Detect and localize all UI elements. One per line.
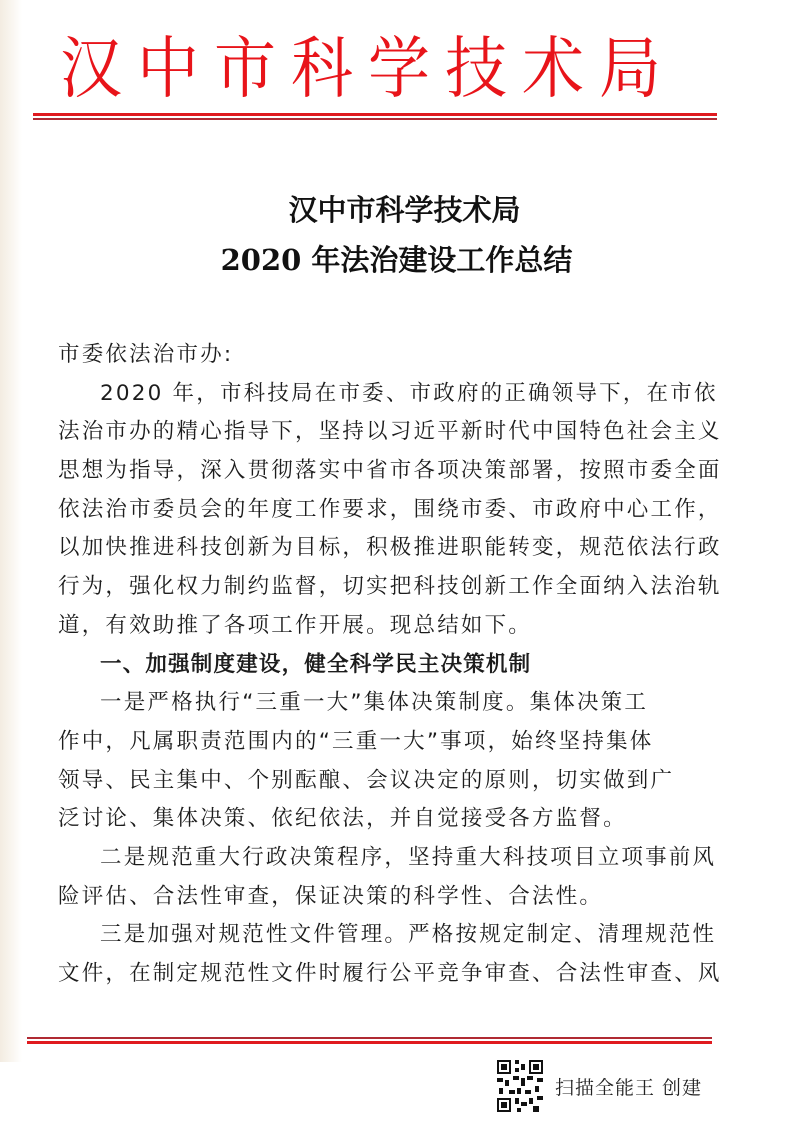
paragraph-line: 依法治市委员会的年度工作要求，围绕市委、市政府中心工作， [58,491,718,530]
paragraph-line: 泛讨论、集体决策、依纪依法，并自觉接受各方监督。 [58,800,718,839]
paragraph-line: 二是规范重大行政决策程序，坚持重大科技项目立项事前风 [58,839,718,878]
letterhead-rule-thin [33,118,717,120]
letterhead-rule-thick [33,113,717,116]
document-body: 市委依法治市办: 2020 年，市科技局在市委、市政府的正确领导下，在市依 法治… [58,336,718,994]
watermark-text: 扫描全能王 创建 [555,1073,702,1100]
document-title-line2: 2020 年法治建设工作总结 [0,240,793,280]
paragraph-line: 行为，强化权力制约监督，切实把科技创新工作全面纳入法治轨 [58,568,718,607]
paragraph-line: 领导、民主集中、个别酝酿、会议决定的原则，切实做到广 [58,762,718,801]
scan-page-edge [0,0,22,1062]
salutation: 市委依法治市办: [58,336,718,375]
paragraph-line: 一是严格执行“三重一大”集体决策制度。集体决策工 [58,684,718,723]
document-title-line1: 汉中市科学技术局 [8,190,793,230]
section-item-2: 二是规范重大行政决策程序，坚持重大科技项目立项事前风 险评估、合法性审查，保证决… [58,839,718,916]
section-item-3: 三是加强对规范性文件管理。严格按规定制定、清理规范性 文件，在制定规范性文件时履… [58,916,718,993]
footer-rule-thick [27,1041,712,1044]
section-heading: 一、加强制度建设，健全科学民主决策机制 [58,646,718,685]
paragraph-line: 法治市办的精心指导下，坚持以习近平新时代中国特色社会主义 [58,413,718,452]
paragraph-line: 思想为指导，深入贯彻落实中省市各项决策部署，按照市委全面 [58,452,718,491]
paragraph-line: 道，有效助推了各项工作开展。现总结如下。 [58,607,718,646]
paragraph-line: 三是加强对规范性文件管理。严格按规定制定、清理规范性 [58,916,718,955]
paragraph-line: 以加快推进科技创新为目标，积极推进职能转变，规范依法行政 [58,529,718,568]
paragraph-line: 险评估、合法性审查，保证决策的科学性、合法性。 [58,878,718,917]
paragraph-line: 2020 年，市科技局在市委、市政府的正确领导下，在市依 [58,375,718,414]
letterhead-org-name: 汉中市科学技术局 [60,28,700,110]
intro-paragraph: 2020 年，市科技局在市委、市政府的正确领导下，在市依 法治市办的精心指导下，… [58,375,718,646]
paragraph-line: 文件，在制定规范性文件时履行公平竞争审查、合法性审查、风 [58,955,718,994]
paragraph-line: 作中，凡属职责范围内的“三重一大”事项，始终坚持集体 [58,723,718,762]
qr-code-icon [495,1058,545,1114]
footer-rule-thin [27,1037,712,1039]
section-item-1: 一是严格执行“三重一大”集体决策制度。集体决策工 作中，凡属职责范围内的“三重一… [58,684,718,839]
scanner-watermark: 扫描全能王 创建 [495,1058,702,1114]
